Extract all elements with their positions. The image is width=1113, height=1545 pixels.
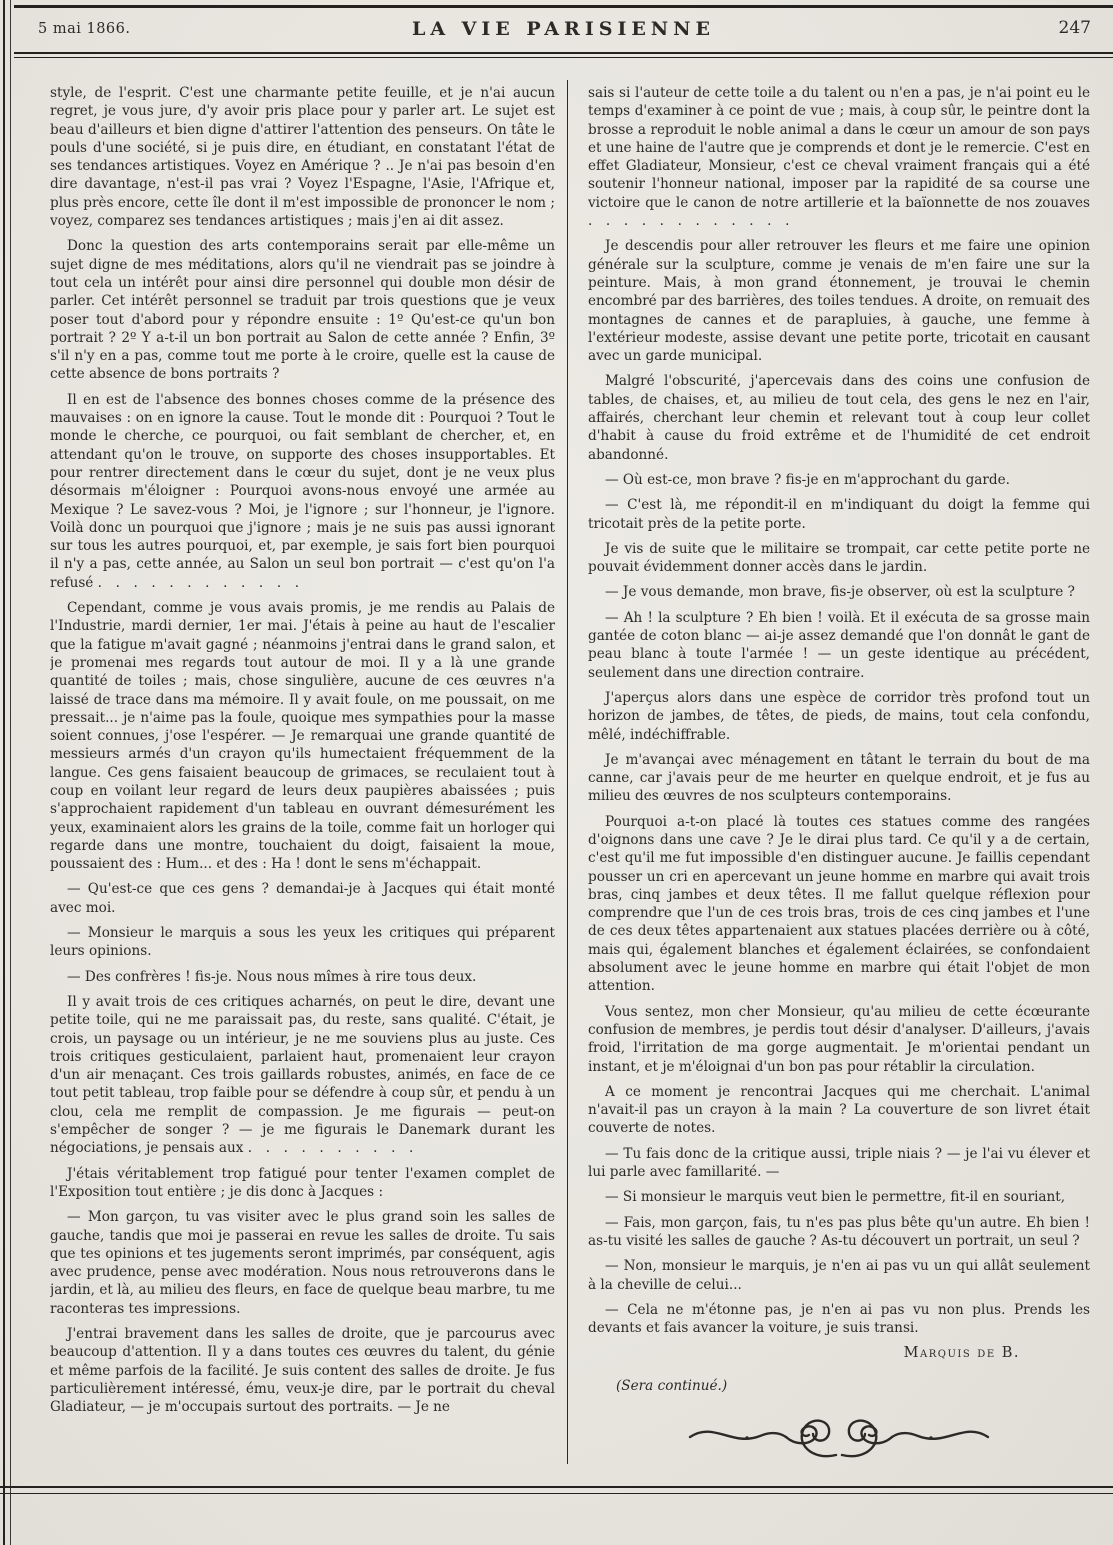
paragraph: A ce moment je rencontrai Jacques qui me…: [588, 1083, 1090, 1138]
continuation-note: (Sera continué.): [616, 1377, 1090, 1395]
paragraph: — C'est là, me répondit-il en m'indiquan…: [588, 496, 1090, 533]
newspaper-page: 5 mai 1866. LA VIE PARISIENNE 247 style,…: [0, 0, 1113, 1545]
paragraph: Je descendis pour aller retrouver les fl…: [588, 237, 1090, 365]
paragraph: — Non, monsieur le marquis, je n'en ai p…: [588, 1257, 1090, 1294]
paragraph: — Fais, mon garçon, fais, tu n'es pas pl…: [588, 1214, 1090, 1251]
paragraph: Malgré l'obscurité, j'apercevais dans de…: [588, 372, 1090, 463]
paragraph: style, de l'esprit. C'est une charmante …: [50, 84, 555, 230]
paragraph: — Si monsieur le marquis veut bien le pe…: [588, 1188, 1090, 1206]
paragraph: J'aperçus alors dans une espèce de corri…: [588, 689, 1090, 744]
paragraph: — Monsieur le marquis a sous les yeux le…: [50, 924, 555, 961]
paragraph: sais si l'auteur de cette toile a du tal…: [588, 84, 1090, 230]
paragraph: J'entrai bravement dans les salles de dr…: [50, 1325, 555, 1416]
column-divider: [567, 80, 568, 1464]
paragraph: — Je vous demande, mon brave, fis-je obs…: [588, 583, 1090, 601]
bottom-rule: [0, 1486, 1113, 1488]
paragraph: Pourquoi a-t-on placé là toutes ces stat…: [588, 813, 1090, 996]
paragraph: Vous sentez, mon cher Monsieur, qu'au mi…: [588, 1003, 1090, 1076]
flourish-ornament: [588, 1411, 1090, 1474]
paragraph: Donc la question des arts contemporains …: [50, 237, 555, 383]
paragraph: Cependant, comme je vous avais promis, j…: [50, 599, 555, 873]
bottom-rule-thin: [0, 1493, 1113, 1494]
paragraph: Il y avait trois de ces critiques acharn…: [50, 993, 555, 1158]
paragraph: J'étais véritablement trop fatigué pour …: [50, 1165, 555, 1202]
article-signature: Marquis de B.: [588, 1344, 1020, 1362]
header-rule: [14, 52, 1113, 54]
paragraph: Je vis de suite que le militaire se trom…: [588, 540, 1090, 577]
top-rule: [14, 5, 1113, 8]
paragraph: Je m'avançai avec ménagement en tâtant l…: [588, 751, 1090, 806]
article-column-left: style, de l'esprit. C'est une charmante …: [50, 84, 555, 1480]
page-left-border-outer: [3, 0, 5, 1545]
paragraph: — Ah ! la sculpture ? Eh bien ! voilà. E…: [588, 609, 1090, 682]
paragraph: — Qu'est-ce que ces gens ? demandai-je à…: [50, 880, 555, 917]
paragraph: — Mon garçon, tu vas visiter avec le plu…: [50, 1208, 555, 1318]
paragraph: — Cela ne m'étonne pas, je n'en ai pas v…: [588, 1301, 1090, 1338]
article-column-right-text: sais si l'auteur de cette toile a du tal…: [588, 84, 1090, 1337]
page-left-border-inner: [10, 0, 11, 1545]
paragraph: — Où est-ce, mon brave ? fis-je en m'app…: [588, 471, 1090, 489]
paragraph: — Tu fais donc de la critique aussi, tri…: [588, 1145, 1090, 1182]
header-rule-thin: [14, 57, 1113, 58]
paragraph: Il en est de l'absence des bonnes choses…: [50, 391, 555, 592]
page-title: LA VIE PARISIENNE: [14, 18, 1113, 40]
page-number: 247: [1059, 18, 1091, 38]
paragraph: — Des confrères ! fis-je. Nous nous mîme…: [50, 968, 555, 986]
article-column-right: sais si l'auteur de cette toile a du tal…: [588, 84, 1090, 1480]
page-header: 5 mai 1866. LA VIE PARISIENNE 247: [14, 16, 1113, 46]
